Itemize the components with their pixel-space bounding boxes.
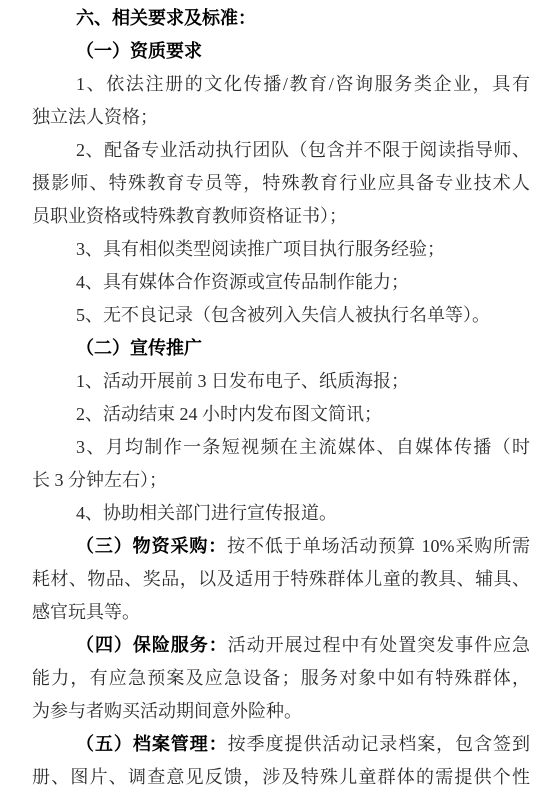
body-line: 独立法人资格； [32,101,530,134]
body-line: 能力，有应急预案及应急设备；服务对象中如有特殊群体， [32,662,530,695]
body-line: 2、配备专业活动执行团队（包含并不限于阅读指导师、 [32,134,530,167]
document-page: 六、相关要求及标准： （一）资质要求 1、依法注册的文化传播/教育/咨询服务类企… [0,0,558,795]
subsection-label-insurance: （四）保险服务： [76,635,228,655]
body-line: 耗材、物品、奖品，以及适用于特殊群体儿童的教具、辅具、 [32,563,530,596]
body-line: 为参与者购买活动期间意外险种。 [32,695,530,728]
body-line-materials: （三）物资采购：按不低于单场活动预算 10%采购所需 [32,530,530,563]
body-line: 册、图片、调查意见反馈，涉及特殊儿童群体的需提供个性 [32,761,530,794]
body-line: 员职业资格或特殊教育教师资格证书）； [32,200,530,233]
body-line: 3、具有相似类型阅读推广项目执行服务经验； [32,233,530,266]
body-line-archives: （五）档案管理：按季度提供活动记录档案，包含签到 [32,728,530,761]
subsection-label-archives: （五）档案管理： [76,734,228,754]
body-line: 4、具有媒体合作资源或宣传品制作能力； [32,266,530,299]
body-text: 活动开展过程中有处置突发事件应急 [228,635,530,655]
body-line: 1、活动开展前 3 日发布电子、纸质海报； [32,365,530,398]
body-text: 按季度提供活动记录档案，包含签到 [228,734,530,754]
body-line: 摄影师、特殊教育专员等，特殊教育行业应具备专业技术人 [32,167,530,200]
body-line: 5、无不良记录（包含被列入失信人被执行名单等）。 [32,299,530,332]
body-line: 1、依法注册的文化传播/教育/咨询服务类企业，具有 [32,68,530,101]
body-line: 4、协助相关部门进行宣传报道。 [32,497,530,530]
body-line: 2、活动结束 24 小时内发布图文简讯； [32,398,530,431]
body-line: 感官玩具等。 [32,596,530,629]
body-line: 3、月均制作一条短视频在主流媒体、自媒体传播（时 [32,431,530,464]
subsection-heading-promotion: （二）宣传推广 [32,332,530,365]
body-text: 按不低于单场活动预算 10%采购所需 [227,536,530,556]
body-line: 长 3 分钟左右）； [32,464,530,497]
body-line-insurance: （四）保险服务：活动开展过程中有处置突发事件应急 [32,629,530,662]
section-heading: 六、相关要求及标准： [32,2,530,35]
document-body: 六、相关要求及标准： （一）资质要求 1、依法注册的文化传播/教育/咨询服务类企… [0,0,558,794]
subsection-label-materials: （三）物资采购： [76,536,227,556]
subsection-heading-qualifications: （一）资质要求 [32,35,530,68]
